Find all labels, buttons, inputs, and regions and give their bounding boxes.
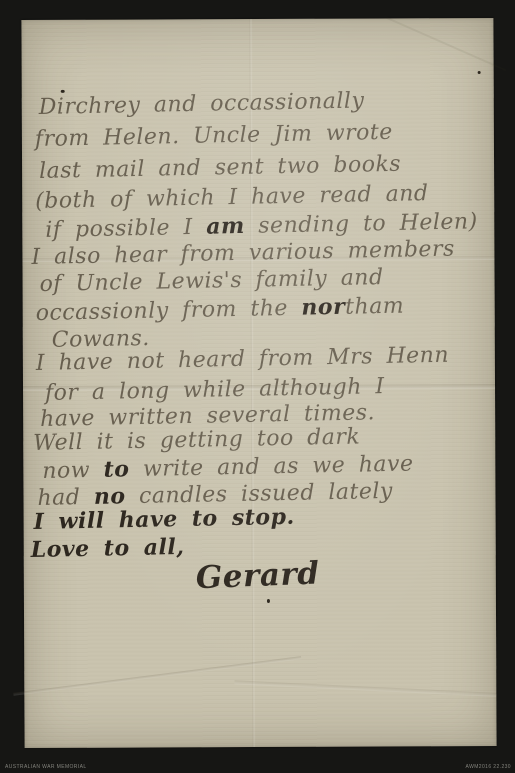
letter-text-segment: nor bbox=[301, 294, 345, 321]
letter-text-segment: no bbox=[94, 483, 126, 510]
letter-line: last mail and sent two books bbox=[39, 154, 401, 183]
letter-text-segment: (both of which I have read and bbox=[35, 181, 429, 214]
letter-line: (both of which I have read and bbox=[35, 183, 429, 213]
archive-watermark-left: AUSTRALIAN WAR MEMORIAL bbox=[5, 764, 87, 770]
letter-line: from Helen. Uncle Jim wrote bbox=[35, 122, 393, 151]
scanned-letter-page: Dirchrey and occassionallyfrom Helen. Un… bbox=[0, 0, 515, 773]
letter-paper: Dirchrey and occassionallyfrom Helen. Un… bbox=[21, 18, 496, 748]
letter-text-segment: Well it is getting too dark bbox=[33, 424, 360, 456]
letter-signature: Gerard bbox=[195, 558, 320, 594]
letter-text-segment: from Helen. Uncle Jim wrote bbox=[35, 120, 393, 152]
letter-line: now to write and as we have bbox=[42, 452, 414, 482]
letter-text-segment: occassionly from the bbox=[35, 296, 301, 326]
letter-line: Love to all, bbox=[30, 536, 184, 562]
letter-line: I will have to stop. bbox=[33, 506, 294, 534]
letter-line: of Uncle Lewis's family and bbox=[39, 267, 383, 296]
letter-text-segment: if possible I bbox=[45, 215, 206, 243]
archive-watermark-right: AWM2016 22.230 bbox=[466, 764, 511, 770]
letter-text-segment: I will have to stop. bbox=[33, 504, 295, 535]
letter-text-segment: write and as we have bbox=[129, 451, 414, 482]
letter-text-segment: tham bbox=[345, 294, 404, 320]
letter-text-segment: to bbox=[103, 456, 129, 483]
letter-line: Well it is getting too dark bbox=[33, 426, 360, 455]
letter-text-segment: Dirchrey and occassionally bbox=[39, 88, 365, 120]
letter-text-segment: last mail and sent two books bbox=[39, 152, 402, 184]
letter-line: I have not heard from Mrs Henn bbox=[36, 345, 450, 375]
letter-lines: Dirchrey and occassionallyfrom Helen. Un… bbox=[21, 18, 496, 748]
letter-text-segment: am bbox=[206, 213, 245, 240]
letter-text-segment: now bbox=[42, 458, 104, 484]
letter-text-segment: of Uncle Lewis's family and bbox=[39, 265, 383, 297]
letter-text-segment: sending to Helen) bbox=[245, 209, 478, 239]
letter-line: I also hear from various members bbox=[31, 238, 455, 268]
letter-text-segment: Gerard bbox=[195, 555, 320, 596]
letter-line: Dirchrey and occassionally bbox=[39, 90, 365, 119]
letter-text-segment: Love to all, bbox=[30, 534, 184, 563]
letter-line: occassionly from the northam bbox=[35, 295, 404, 325]
